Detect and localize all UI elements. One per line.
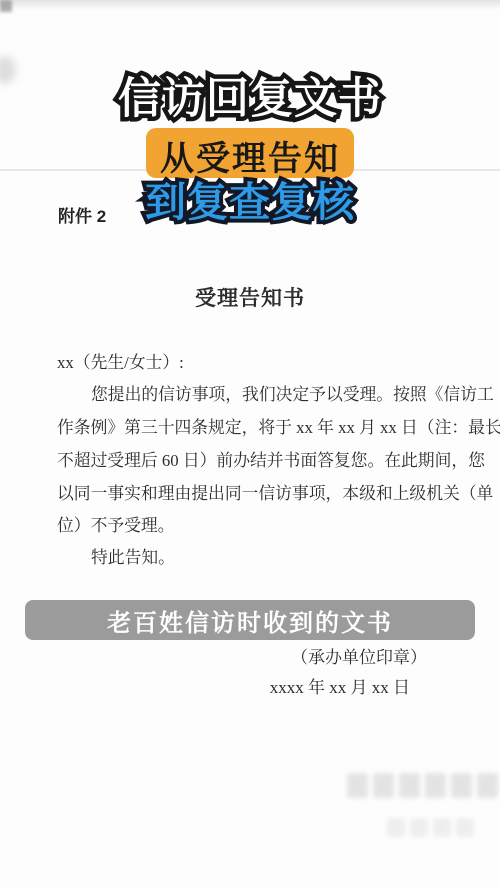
headline-line3-text: 到复查复核	[0, 180, 500, 225]
watermark-blob	[477, 773, 498, 798]
salutation-line: xx（先生/女士）:	[57, 349, 184, 375]
watermark-blob	[347, 773, 368, 798]
watermark-blob	[425, 773, 446, 798]
body-line: 位）不予受理。	[57, 512, 174, 538]
overlay-headline: 信访回复文书 信访回复文书 从受理告知 到复查复核 到复查复核	[0, 76, 500, 232]
watermark-blob	[387, 818, 405, 837]
headline-line2-text: 从受理告知	[160, 140, 340, 178]
headline-line1-text: 信访回复文书	[0, 76, 500, 123]
watermark-row	[347, 773, 498, 798]
caption-text: 老百姓信访时收到的文书	[107, 603, 393, 638]
headline-line1: 信访回复文书 信访回复文书	[0, 76, 500, 128]
video-frame: 信访回复文书 信访回复文书 从受理告知 到复查复核 到复查复核 附件 2 受理告…	[0, 0, 500, 889]
closing-line: 特此告知。	[57, 544, 175, 570]
watermark-row	[387, 818, 474, 837]
seal-note: （承办单位印章）	[291, 643, 427, 668]
top-edge-shade	[0, 0, 500, 10]
watermark-blob	[433, 818, 451, 837]
headline-line2-badge: 从受理告知	[146, 128, 354, 178]
watermark-blob	[451, 773, 472, 798]
corner-smudge	[0, 0, 12, 12]
body-line: 作条例》第三十四条规定，将于 xx 年 xx 月 xx 日（注：最长	[57, 414, 500, 440]
body-line: 以同一事实和理由提出同一信访事项，本级和上级机关（单	[57, 480, 493, 506]
body-line: 不超过受理后 60 日）前办结并书面答复您。在此期间，您	[57, 447, 485, 473]
caption-bar: 老百姓信访时收到的文书	[25, 600, 475, 640]
watermark-blob	[456, 818, 474, 837]
headline-line2-row: 从受理告知	[0, 128, 500, 178]
watermark-blob	[410, 818, 428, 837]
body-line: 您提出的信访事项，我们决定予以受理。按照《信访工	[57, 381, 494, 407]
watermark-blob	[373, 773, 394, 798]
document-title: 受理告知书	[0, 282, 500, 312]
date-line: xxxx 年 xx 月 xx 日	[270, 673, 410, 698]
headline-line3: 到复查复核 到复查复核	[0, 180, 500, 232]
watermark-blob	[399, 773, 420, 798]
